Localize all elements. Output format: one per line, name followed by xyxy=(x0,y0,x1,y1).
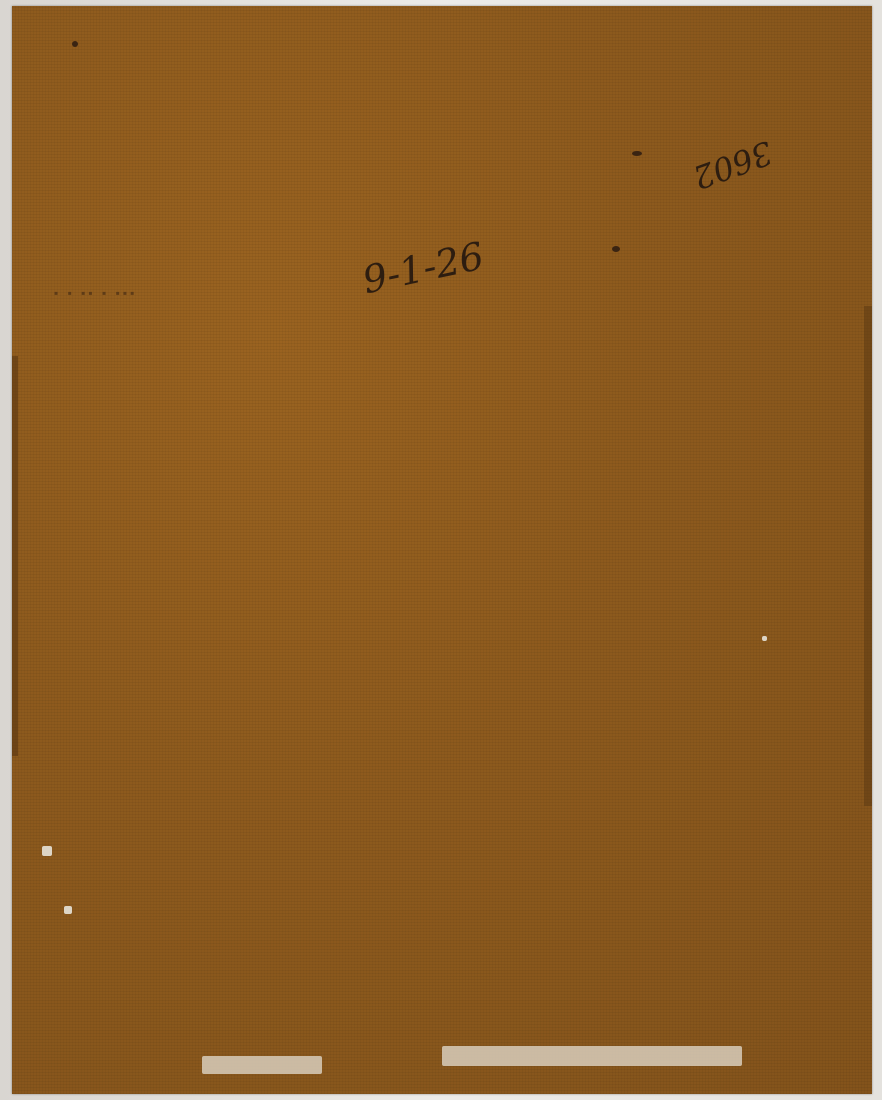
paint-chip-wear xyxy=(202,1056,322,1074)
ink-spot xyxy=(632,151,642,156)
board-right-edge-stain xyxy=(864,306,872,806)
board-left-edge-stain xyxy=(12,356,18,756)
paint-chip-wear xyxy=(42,846,52,856)
paint-chip-wear xyxy=(442,1046,742,1066)
paint-chip-wear xyxy=(64,906,72,914)
ink-spot xyxy=(72,41,78,47)
ink-spot xyxy=(612,246,620,252)
handwritten-date-note: 9-1-26 xyxy=(359,234,488,302)
painting-board-back: 9-1-26 3602 ▪ ▪ ▪▪ ▪ ▪▪▪ xyxy=(12,6,872,1094)
faded-stamp: ▪ ▪ ▪▪ ▪ ▪▪▪ xyxy=(54,286,137,300)
handwritten-number-note: 3602 xyxy=(688,133,778,197)
paint-chip-wear xyxy=(762,636,767,641)
